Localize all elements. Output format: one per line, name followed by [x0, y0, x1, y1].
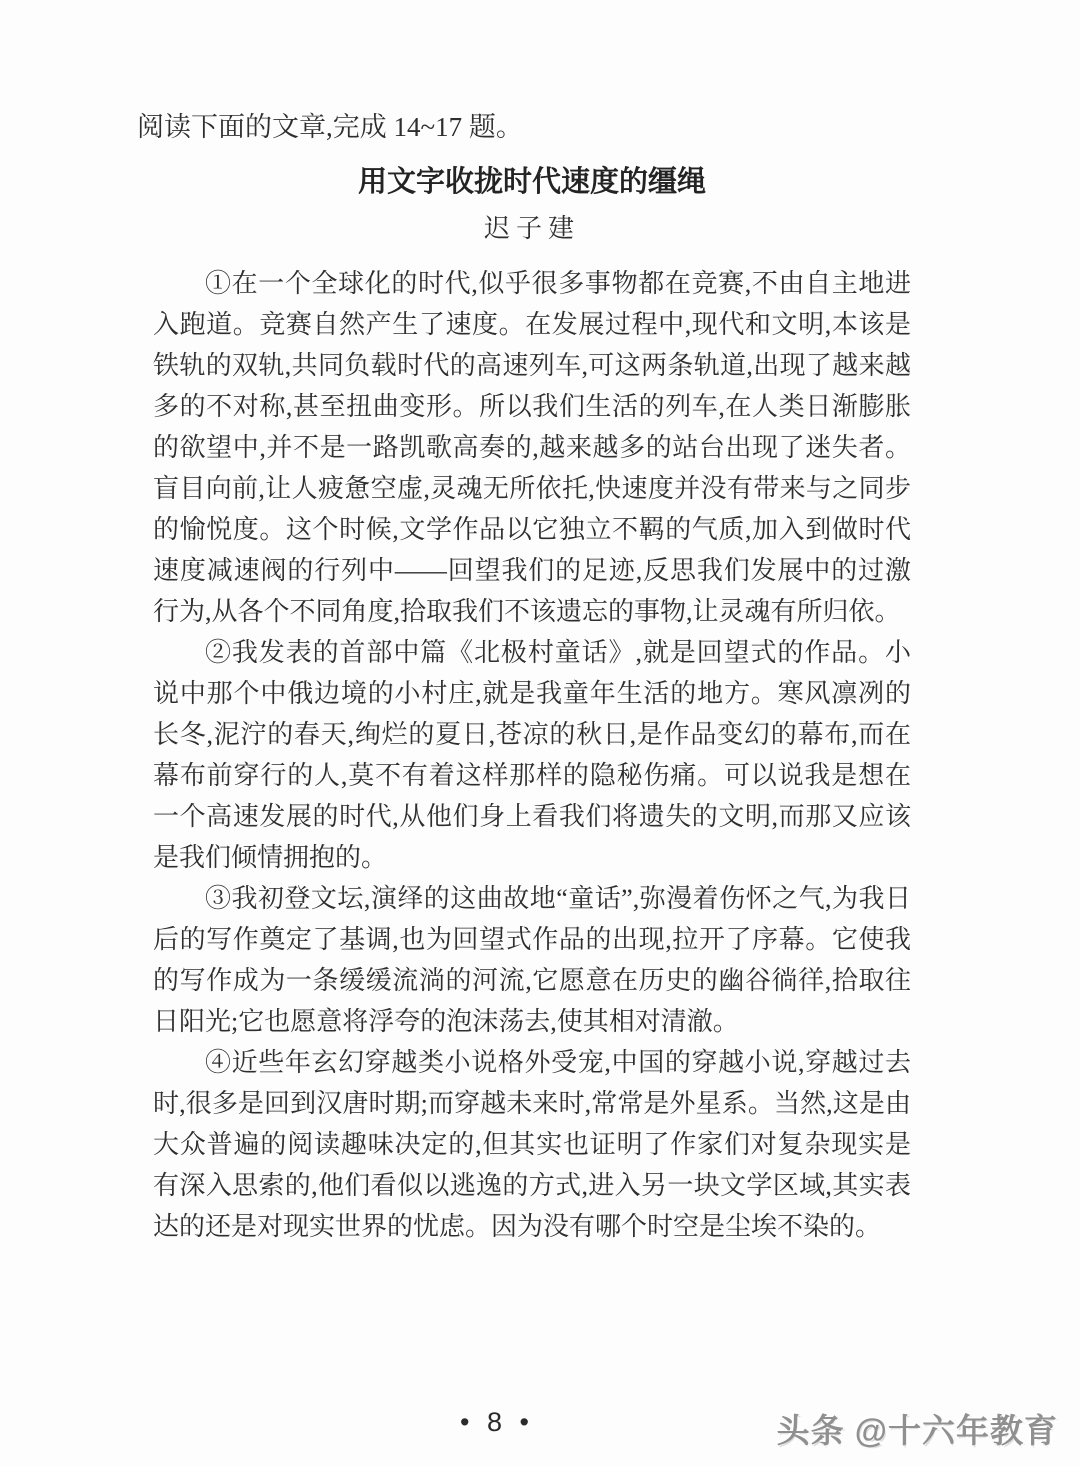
article-paragraph-3: ③我初登文坛,演绎的这曲故地“童话”,弥漫着伤怀之气,为我日后的写作奠定了基调,… [153, 878, 911, 1042]
article-title: 用文字收拢时代速度的缰绳 [153, 160, 911, 204]
article-body: ①在一个全球化的时代,似乎很多事物都在竞赛,不由自主地进入跑道。竞赛自然产生了速… [153, 263, 911, 1247]
article-paragraph-1: ①在一个全球化的时代,似乎很多事物都在竞赛,不由自主地进入跑道。竞赛自然产生了速… [153, 263, 911, 632]
watermark: 头条 @十六年教育 [777, 1405, 1058, 1452]
scanned-page: 阅读下面的文章,完成 14~17 题。 用文字收拢时代速度的缰绳 迟子建 ①在一… [0, 0, 1080, 1466]
article-paragraph-4: ④近些年玄幻穿越类小说格外受宠,中国的穿越小说,穿越过去时,很多是回到汉唐时期;… [153, 1042, 911, 1247]
article-paragraph-2: ②我发表的首部中篇《北极村童话》,就是回望式的作品。小说中那个中俄边境的小村庄,… [153, 632, 911, 878]
article-author: 迟子建 [153, 208, 911, 250]
reading-instruction: 阅读下面的文章,完成 14~17 题。 [137, 106, 911, 148]
article-content: 阅读下面的文章,完成 14~17 题。 用文字收拢时代速度的缰绳 迟子建 ①在一… [153, 106, 911, 1247]
